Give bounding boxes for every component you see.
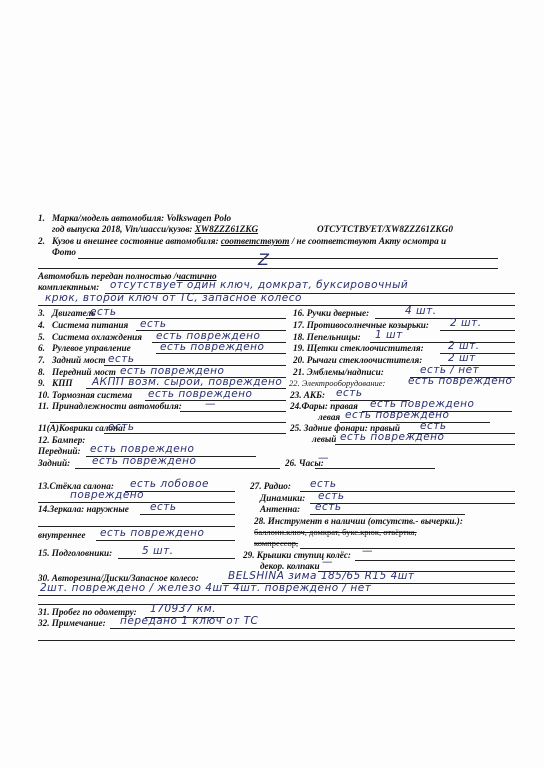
- rear-bumper-label: Задний:: [38, 458, 70, 469]
- complect-value-2: крюк, второй ключ от ТС, запасное колесо: [45, 293, 302, 304]
- item-24-left-label: левая: [318, 412, 340, 423]
- item-30-value-2: 2шт. повреждено / железо 4шт 4шт. повреж…: [40, 583, 371, 594]
- item-1-label: 1.Марка/модель автомобиля: Volkswagen Po…: [38, 213, 231, 224]
- item-23-value: есть: [336, 388, 363, 399]
- item-21-label: 21. Эмблемы/надписи:: [293, 367, 384, 378]
- item-25-left-value: есть повреждено: [340, 432, 444, 443]
- item-11a-value: есть: [108, 422, 135, 433]
- item-2-label: 2.Кузов и внешнее состояние автомобиля: …: [38, 236, 446, 247]
- antenna-label: Антенна:: [260, 504, 300, 515]
- inner-mirror-value: есть повреждено: [100, 528, 204, 539]
- item-6-line: [156, 353, 286, 354]
- complect-value-1: отсутствует один ключ, домкрат, буксиров…: [110, 280, 408, 291]
- item-28-line: [300, 548, 515, 549]
- item-22-value: есть повреждено: [408, 376, 512, 387]
- item-32-label: 32. Примечание:: [38, 618, 106, 629]
- item-14-label: 14.Зеркала: наружные: [38, 504, 129, 515]
- item-18-value: 1 шт: [375, 330, 403, 341]
- item-15-label: 15. Подголовники:: [38, 548, 112, 559]
- item-32-value: передано 1 ключ от ТС: [120, 616, 258, 627]
- item-27-label: 27. Радио:: [250, 481, 291, 492]
- photo-z-mark: Z: [258, 254, 269, 265]
- item-10-label: 10.Тормозная система: [38, 390, 132, 401]
- item-28-label: 28. Инструмент в наличии (отсутств.- выч…: [254, 516, 463, 527]
- item-14-line: [140, 514, 235, 515]
- item-25-left-line: [335, 444, 515, 445]
- item-28-tools-2: компрессор,: [254, 538, 298, 549]
- item-17-label: 17. Противосолнечные козырьки:: [293, 320, 429, 331]
- item-16-line: [375, 318, 515, 319]
- item-10-value: есть повреждено: [148, 389, 252, 400]
- item-12-label: 12. Бампер:: [38, 435, 85, 446]
- car-model: Volkswagen Polo: [167, 213, 232, 223]
- item-9-value: АКПП возм. сырой, повреждено: [92, 377, 282, 388]
- item-6-value: есть повреждено: [160, 342, 264, 353]
- item-11a-line: [104, 433, 286, 434]
- item-17-line: [440, 330, 515, 331]
- item-11-value: —: [205, 399, 216, 410]
- divider-2: [38, 604, 515, 605]
- item-9-label: 9.КПП: [38, 378, 73, 389]
- item-26-value: —: [318, 453, 329, 464]
- item-32-line-2: [38, 640, 515, 641]
- item-30-line-2: [38, 595, 515, 596]
- item-3-value: есть: [90, 307, 117, 318]
- item-29-value: —: [362, 546, 373, 557]
- item-7-label: 7.Задний мост: [38, 355, 106, 366]
- item-16-value: 4 шт.: [405, 306, 437, 317]
- rear-bumper-line: [75, 468, 280, 469]
- photo-line: [78, 258, 498, 259]
- odometer-value: 170937 км.: [150, 604, 216, 615]
- item-19-label: 19. Щетки стеклоочистителя:: [293, 343, 424, 354]
- item-20-label: 20. Рычаги стеклоочистителя:: [293, 355, 422, 366]
- item-17-value: 2 шт.: [450, 318, 482, 329]
- item-26-line: [315, 468, 435, 469]
- item-25-left-label: левый: [312, 434, 336, 445]
- vin-2: ОТСУТСТВУЕТ/XW8ZZZ61ZKG0: [317, 224, 453, 235]
- item-32-line: [110, 628, 515, 629]
- photo-label: Фото: [52, 247, 76, 258]
- speakers-label: Динамики:: [260, 493, 305, 504]
- item-11-line: [180, 411, 286, 412]
- divider: [38, 268, 498, 269]
- inner-mirror-label: внутреннее: [38, 530, 85, 541]
- item-29-label: 29. Крышки ступиц колёс:: [243, 550, 351, 561]
- item-20-value: 2 шт: [448, 353, 476, 364]
- item-27-value: есть: [310, 479, 337, 490]
- item-4-label: 4.Система питания: [38, 320, 128, 331]
- caps-value: —: [322, 557, 333, 568]
- inner-mirror-line: [96, 540, 235, 541]
- vin-1: XW8ZZZ61ZKG: [195, 224, 258, 234]
- front-bumper-label: Передний:: [38, 446, 81, 457]
- item-7-value: есть: [108, 354, 135, 365]
- item-13-line-2: [38, 502, 235, 503]
- item-14-value: есть: [150, 502, 177, 513]
- body-condition-selected: соответствуют: [221, 236, 290, 246]
- item-23-label: 23. АКБ:: [290, 390, 325, 401]
- item-4-value: есть: [140, 319, 167, 330]
- item-11-label: 11.Принадлежности автомобиля:: [38, 401, 182, 412]
- item-13-value-2: повреждено: [70, 490, 144, 501]
- item-29-line: [355, 560, 515, 561]
- item-1-vin-label: год выпуска 2018, Vin/шасси/кузов: XW8ZZ…: [52, 224, 258, 235]
- front-bumper-value: есть повреждено: [90, 444, 194, 455]
- item-18-label: 18. Пепельницы:: [293, 332, 361, 343]
- item-16-label: 16. Ручки дверные:: [293, 308, 369, 319]
- item-28-tools-1: баллонн.ключ, домкрат, букс.крюк, отвёрт…: [254, 527, 417, 538]
- antenna-value: есть: [315, 502, 342, 513]
- item-5-label: 5.Система охлаждения: [38, 332, 142, 343]
- item-15-value: 5 шт.: [142, 546, 174, 557]
- item-3-line: [86, 318, 286, 319]
- antenna-line: [310, 514, 465, 515]
- item-30-value-1: BELSHINA зима 185/65 R15 4шт: [228, 571, 415, 582]
- item-15-line: [118, 558, 235, 559]
- rear-bumper-value: есть повреждено: [92, 456, 196, 467]
- item-19-value: 2 шт.: [448, 341, 480, 352]
